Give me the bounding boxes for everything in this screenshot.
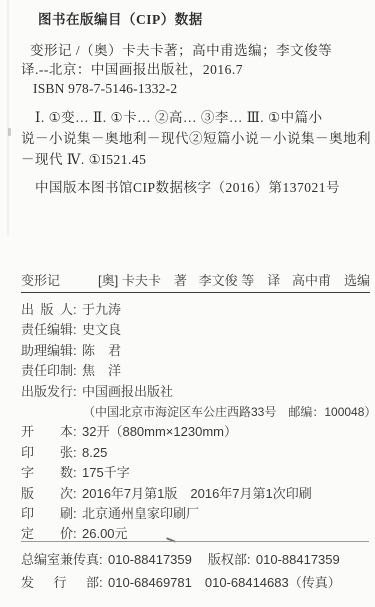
divider-rule xyxy=(21,541,369,542)
colophon-row-assistant-editor: 助理编辑:陈 君 xyxy=(21,341,373,361)
colophon-row-publisher: 出版发行:中国画报出版社 xyxy=(21,382,373,402)
colophon-value: 焦 洋 xyxy=(82,363,121,378)
colon: : xyxy=(247,549,253,572)
colophon-row-edition: 版次:2016年7月第1版 2016年7月第1次印刷 xyxy=(21,484,373,504)
colophon-value: 8.25 xyxy=(82,445,107,460)
colophon-label: 出版人 xyxy=(21,300,73,320)
colophon-row-word-count: 字数:175千字 xyxy=(21,463,373,483)
colon: : xyxy=(73,300,79,320)
contact-label: 总编室兼传真 xyxy=(21,549,99,572)
cip-classification-line: －现代 Ⅳ. ①I521.45 xyxy=(21,149,371,170)
colophon-label: 印刷 xyxy=(21,504,73,524)
colon: : xyxy=(73,504,79,524)
colophon-label: 印张 xyxy=(21,443,73,463)
colophon-value: 中国画报出版社 xyxy=(82,384,173,399)
book-editor: 高中甫 选编 xyxy=(292,274,370,288)
colophon-value: 26.00元 xyxy=(82,526,128,541)
colon: : xyxy=(73,422,79,442)
colophon-value: 陈 君 xyxy=(82,343,121,358)
book-author: [奥] 卡夫卡 著 xyxy=(98,274,187,288)
colon: : xyxy=(73,484,79,504)
colophon-value: 于九涛 xyxy=(82,302,121,317)
contact-label: 发行部 xyxy=(21,572,99,595)
colophon-value: 2016年7月第1版 2016年7月第1次印刷 xyxy=(82,486,312,501)
cip-heading: 图书在版编目（CIP）数据 xyxy=(38,10,371,29)
colon: : xyxy=(73,361,79,381)
colophon-label: 责任编辑 xyxy=(21,320,73,340)
colophon-row-sheets: 印张:8.25 xyxy=(21,443,373,463)
colon: : xyxy=(99,549,105,572)
cip-classification-line: Ⅰ. ①变… Ⅱ. ①卡… ②高… ③李… Ⅲ. ①中篇小 xyxy=(35,107,371,128)
colon: : xyxy=(73,341,79,361)
contact-label: 版权部 xyxy=(208,552,247,567)
contact-phone: 010-88417359 xyxy=(108,552,192,567)
contact-phone: 010-88417359 xyxy=(256,552,340,567)
colon: : xyxy=(73,382,79,402)
colophon-row-responsible-editor: 责任编辑:史文良 xyxy=(21,320,373,340)
colophon-section: 出版人:于九涛 责任编辑:史文良 助理编辑:陈 君 责任印制:焦 洋 出版发行:… xyxy=(21,300,373,545)
scan-edge-shadow xyxy=(7,0,9,235)
colophon-row-publisher-address: :（中国北京市海淀区车公庄西路33号 邮编：100048） xyxy=(21,402,373,422)
cip-section: 图书在版编目（CIP）数据 变形记 /（奥）卡夫卡著；高中甫选编；李文俊等 译.… xyxy=(21,10,371,197)
book-translator: 李文俊 等 译 xyxy=(199,274,281,288)
colon: : xyxy=(99,572,105,595)
cip-isbn: ISBN 978-7-5146-1332-2 xyxy=(33,79,371,98)
masthead-row: 变形记 [奥] 卡夫卡 著 李文俊 等 译 高中甫 选编 xyxy=(21,274,370,293)
cip-classification-line: 说－小说集－奥地利－现代②短篇小说－小说集－奥地利 xyxy=(21,128,371,149)
colophon-label: 出版发行 xyxy=(21,382,73,402)
colophon-value: 32开（880mm×1230mm） xyxy=(82,424,237,439)
colophon-value: （中国北京市海淀区车公庄西路33号 邮编：100048） xyxy=(83,405,375,419)
cip-description-line: 变形记 /（奥）卡夫卡著；高中甫选编；李文俊等 xyxy=(30,41,371,60)
colophon-row-format: 开本:32开（880mm×1230mm） xyxy=(21,422,373,442)
colon: : xyxy=(73,463,79,483)
colophon-row-publisher-person: 出版人:于九涛 xyxy=(21,300,373,320)
colon: : xyxy=(73,320,79,340)
colophon-label: 助理编辑 xyxy=(21,341,73,361)
colophon-value: 史文良 xyxy=(82,322,121,337)
colophon-label: 责任印制 xyxy=(21,361,73,381)
book-title: 变形记 xyxy=(21,274,98,288)
colophon-label: 字数 xyxy=(21,463,73,483)
colon: : xyxy=(73,443,79,463)
scan-edge-mark xyxy=(8,128,11,136)
contact-section: 总编室兼传真:010-88417359版权部:010-88417359 发行部:… xyxy=(21,549,373,594)
contact-line-editorial: 总编室兼传真:010-88417359版权部:010-88417359 xyxy=(21,549,373,572)
cip-description-line: 译.--北京：中国画报出版社，2016.7 xyxy=(21,60,371,79)
colophon-row-print-supervisor: 责任印制:焦 洋 xyxy=(21,361,373,381)
contact-line-distribution: 发行部:010-68469781 010-68414683（传真） xyxy=(21,572,373,595)
colophon-value: 175千字 xyxy=(82,465,130,480)
colophon-label: 开本 xyxy=(21,422,73,442)
contact-phone: 010-68469781 010-68414683（传真） xyxy=(108,575,341,590)
colophon-value: 北京通州皇家印刷厂 xyxy=(82,506,199,521)
colophon-label: 版次 xyxy=(21,484,73,504)
cip-registry-number: 中国版本图书馆CIP数据核字（2016）第137021号 xyxy=(35,178,371,197)
book-copyright-page: 图书在版编目（CIP）数据 变形记 /（奥）卡夫卡著；高中甫选编；李文俊等 译.… xyxy=(0,0,375,607)
colophon-row-printer: 印刷:北京通州皇家印刷厂 xyxy=(21,504,373,524)
